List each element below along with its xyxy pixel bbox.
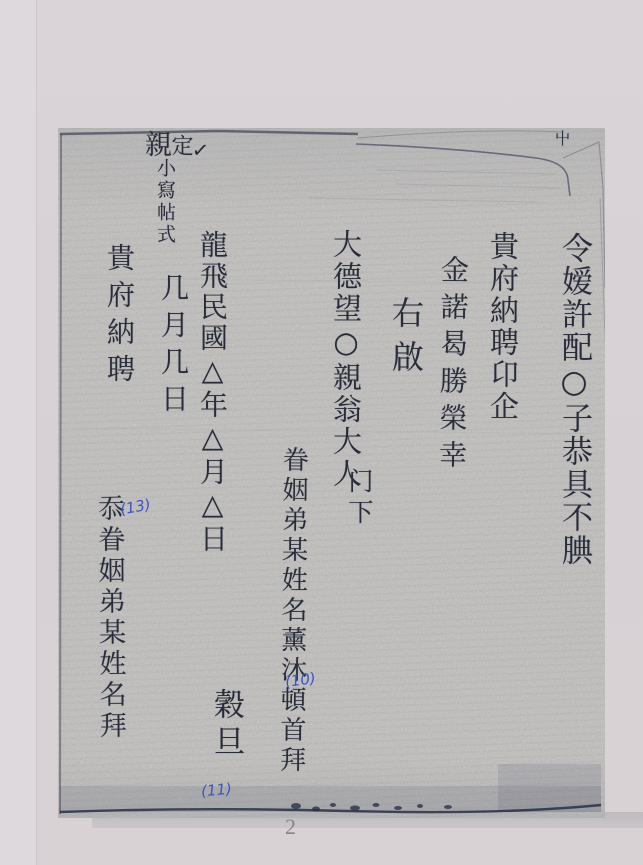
photo-of-scanned-letter: { "document": { "heading": { "main": "親"… [0, 0, 643, 865]
column-betrothal-phrase: 令嫒許配○子恭具不腆 [552, 232, 597, 567]
blue-note-11: (11) [200, 780, 232, 801]
column-addressee: 大德望○親翁大人 [326, 229, 367, 490]
column-date-line: 龍飛民國△年△月△日 [192, 230, 232, 555]
column-auspicious-day: 穀旦 [204, 688, 249, 762]
page-number: 2 [285, 814, 297, 840]
column-right-inform: 右啟 [383, 296, 429, 384]
column-signature-left: 忝眷姻弟某姓名拜 [89, 494, 130, 742]
column-date-placeholder: 几月几日 [153, 273, 193, 421]
heading-sub: 小寫帖式 [152, 158, 179, 246]
photo-left-margin [0, 0, 37, 865]
column-engagement-request: 貴府納聘卬企 [483, 231, 524, 423]
column-engagement-left: 貴府納聘 [99, 243, 139, 391]
column-signature-main: 眷姻弟某姓名薰沐頓首拜 [273, 446, 313, 776]
corner-partial-glyph: 屮 [550, 130, 573, 146]
column-addressee-suffix: 门下 [341, 468, 377, 530]
column-honor-phrase: 金諾曷勝榮幸 [431, 255, 473, 477]
scanned-letter-sheet: 親 小寫帖式 定 ✓ 令嫒許配○子恭具不腆 貴府納聘卬企 金諾曷勝榮幸 右啟 大… [58, 128, 605, 818]
checkmark-icon: ✓ [191, 137, 210, 163]
